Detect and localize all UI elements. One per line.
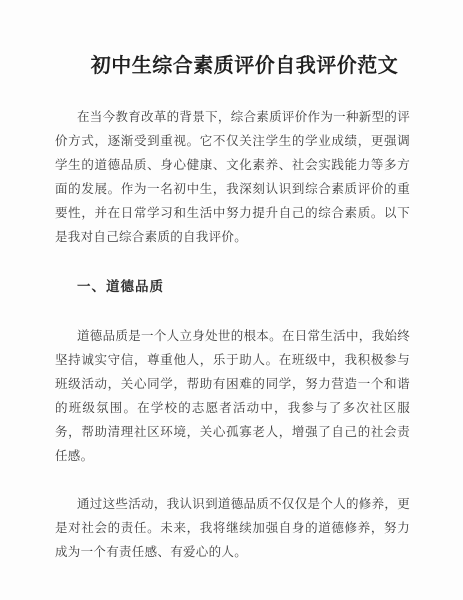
intro-paragraph: 在当今教育改革的背景下，综合素质评价作为一种新型的评价方式，逐渐受到重视。它不仅… xyxy=(55,105,410,249)
body-paragraph: 通过这些活动，我认识到道德品质不仅仅是个人的修养，更是对社会的责任。未来，我将继… xyxy=(55,492,410,564)
section-heading-morality: 一、道德品质 xyxy=(55,275,410,299)
body-paragraph: 道德品质是一个人立身处世的根本。在日常生活中，我始终坚持诚实守信，尊重他人，乐于… xyxy=(55,324,410,468)
document-content: 初中生综合素质评价自我评价范文 在当今教育改革的背景下，综合素质评价作为一种新型… xyxy=(0,0,463,564)
document-page: 初中生综合素质评价自我评价范文 在当今教育改革的背景下，综合素质评价作为一种新型… xyxy=(0,0,463,600)
document-title: 初中生综合素质评价自我评价范文 xyxy=(55,52,410,80)
